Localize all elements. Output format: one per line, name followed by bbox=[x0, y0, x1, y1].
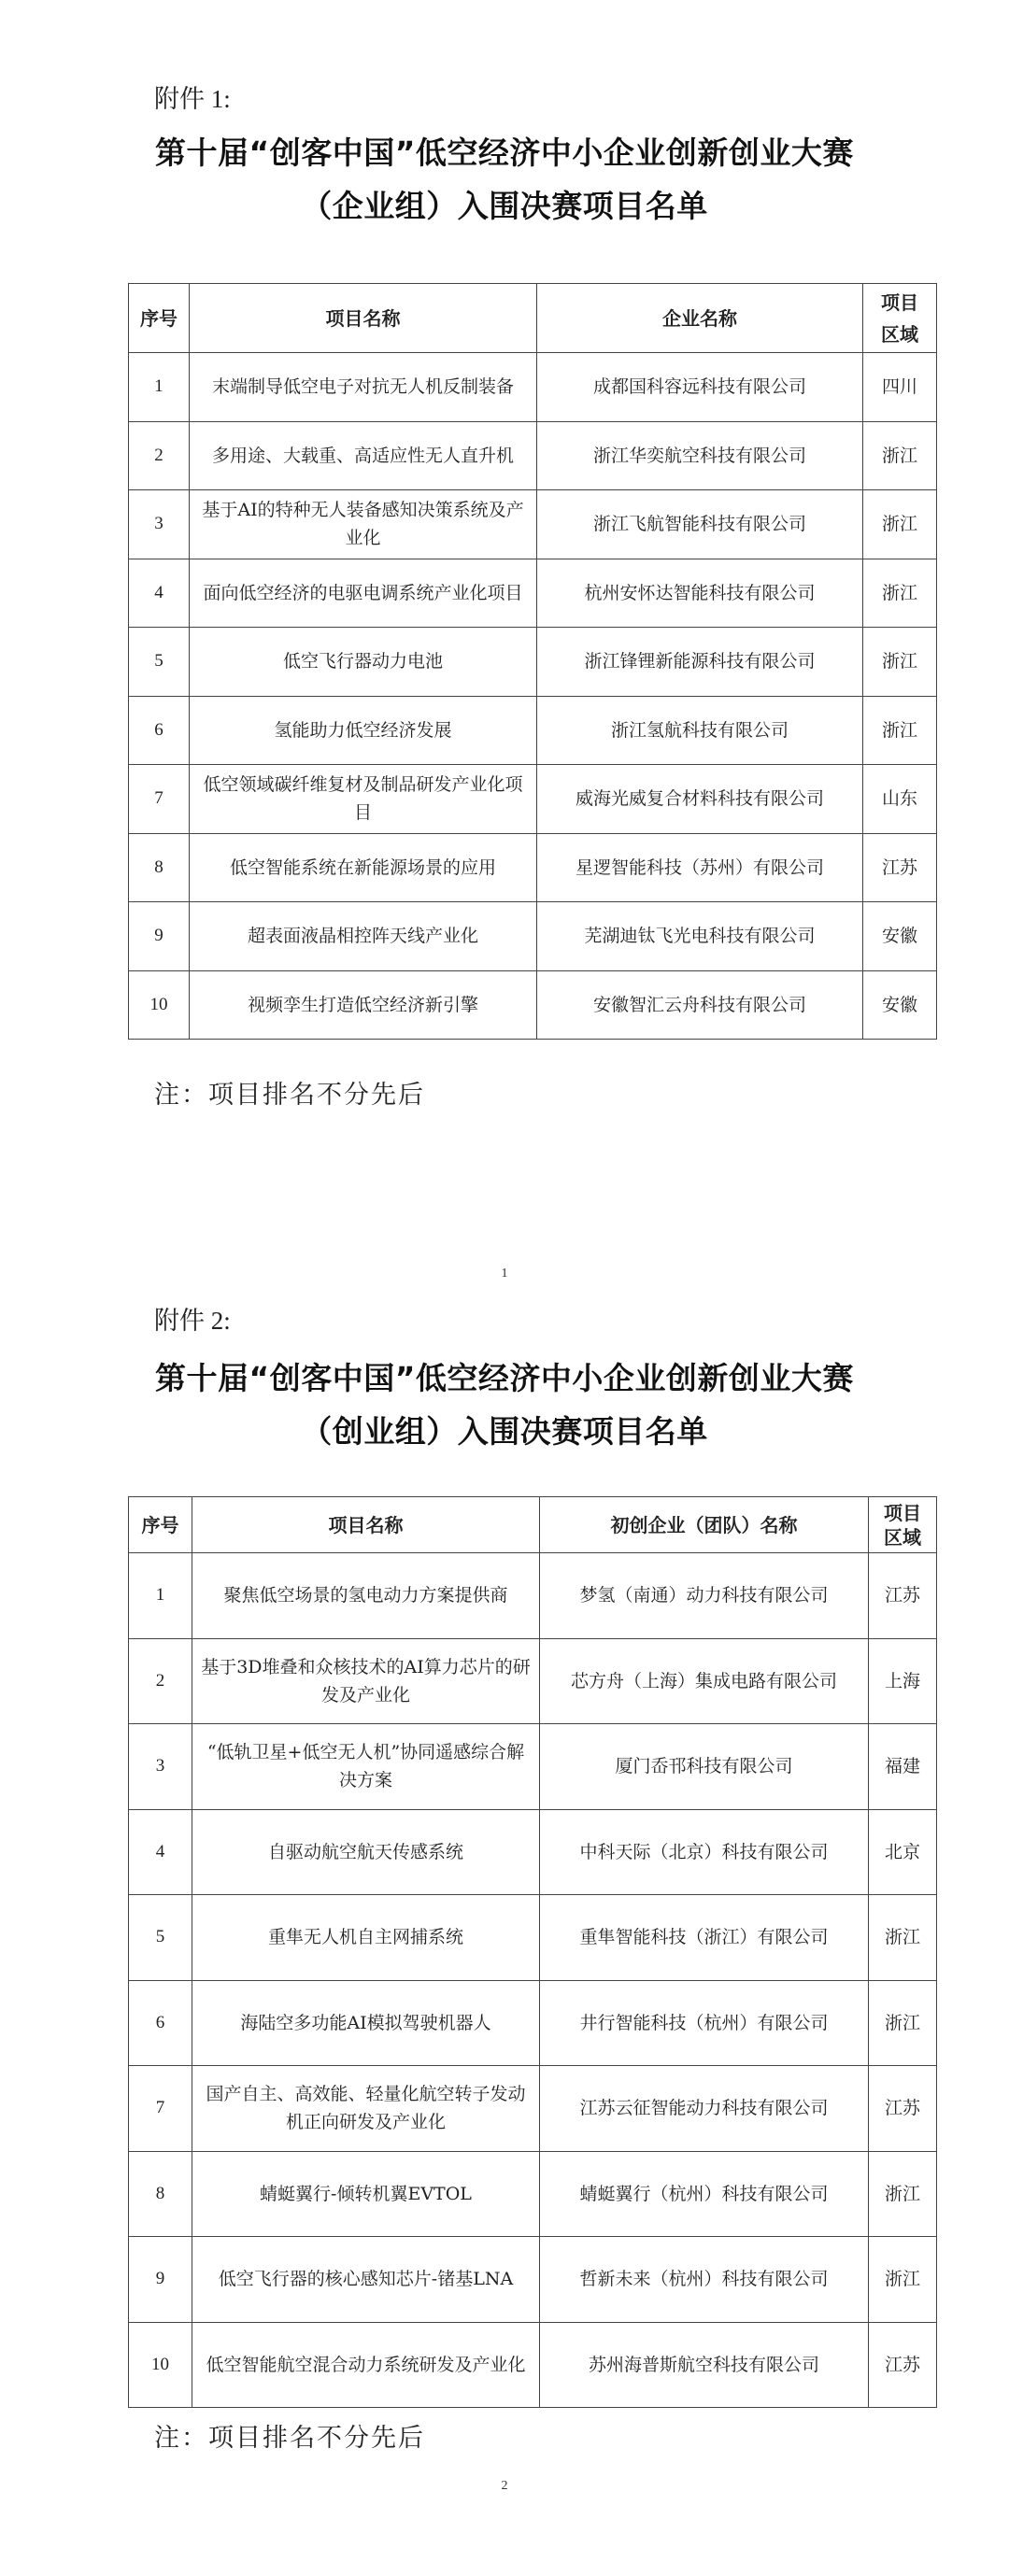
row-company: 威海光威复合材料科技有限公司 bbox=[537, 765, 863, 834]
row-company: 苏州海普斯航空科技有限公司 bbox=[540, 2322, 869, 2408]
row-project: 自驱动航空航天传感系统 bbox=[192, 1809, 540, 1895]
row-company: 成都国科容远科技有限公司 bbox=[537, 353, 863, 422]
row-project: 基于3D堆叠和众核技术的AI算力芯片的研发及产业化 bbox=[192, 1638, 540, 1724]
row-company: 安徽智汇云舟科技有限公司 bbox=[537, 970, 863, 1040]
table-row: 10视频孪生打造低空经济新引擎安徽智汇云舟科技有限公司安徽 bbox=[129, 970, 937, 1040]
row-no: 5 bbox=[129, 628, 190, 697]
row-project: 多用途、大载重、高适应性无人直升机 bbox=[190, 421, 537, 490]
table-row: 10低空智能航空混合动力系统研发及产业化苏州海普斯航空科技有限公司江苏 bbox=[129, 2322, 937, 2408]
table-row: 2基于3D堆叠和众核技术的AI算力芯片的研发及产业化芯方舟（上海）集成电路有限公… bbox=[129, 1638, 937, 1724]
table-header-row: 序号 项目名称 初创企业（团队）名称 项目区域 bbox=[129, 1497, 937, 1553]
row-no: 1 bbox=[129, 1553, 192, 1639]
row-region: 浙江 bbox=[863, 559, 937, 628]
table-row: 4自驱动航空航天传感系统中科天际（北京）科技有限公司北京 bbox=[129, 1809, 937, 1895]
row-no: 5 bbox=[129, 1895, 192, 1981]
row-project: 低空智能系统在新能源场景的应用 bbox=[190, 833, 537, 902]
row-region: 浙江 bbox=[863, 490, 937, 559]
row-company: 浙江飞航智能科技有限公司 bbox=[537, 490, 863, 559]
row-project: 视频孪生打造低空经济新引擎 bbox=[190, 970, 537, 1040]
row-no: 4 bbox=[129, 1809, 192, 1895]
header-company: 初创企业（团队）名称 bbox=[540, 1497, 869, 1553]
table-row: 6海陆空多功能AI模拟驾驶机器人井行智能科技（杭州）有限公司浙江 bbox=[129, 1980, 937, 2066]
row-region: 四川 bbox=[863, 353, 937, 422]
row-region: 江苏 bbox=[869, 2322, 937, 2408]
row-project: 氢能助力低空经济发展 bbox=[190, 696, 537, 765]
header-project: 项目名称 bbox=[190, 284, 537, 353]
table-row: 8蜻蜓翼行-倾转机翼EVTOL蜻蜓翼行（杭州）科技有限公司浙江 bbox=[129, 2151, 937, 2237]
row-company: 江苏云征智能动力科技有限公司 bbox=[540, 2066, 869, 2152]
row-company: 蜻蜓翼行（杭州）科技有限公司 bbox=[540, 2151, 869, 2237]
row-company: 梦氢（南通）动力科技有限公司 bbox=[540, 1553, 869, 1639]
table-row: 1末端制导低空电子对抗无人机反制装备成都国科容远科技有限公司四川 bbox=[129, 353, 937, 422]
table-row: 2多用途、大载重、高适应性无人直升机浙江华奕航空科技有限公司浙江 bbox=[129, 421, 937, 490]
row-company: 芜湖迪钛飞光电科技有限公司 bbox=[537, 902, 863, 971]
row-company: 重隼智能科技（浙江）有限公司 bbox=[540, 1895, 869, 1981]
row-no: 10 bbox=[129, 2322, 192, 2408]
row-no: 3 bbox=[129, 1724, 192, 1810]
table-header-row: 序号 项目名称 企业名称 项目区域 bbox=[129, 284, 937, 353]
table-row: 3基于AI的特种无人装备感知决策系统及产业化浙江飞航智能科技有限公司浙江 bbox=[129, 490, 937, 559]
row-project: 聚焦低空场景的氢电动力方案提供商 bbox=[192, 1553, 540, 1639]
table-row: 3“低轨卫星+低空无人机”协同遥感综合解决方案厦门岙邗科技有限公司福建 bbox=[129, 1724, 937, 1810]
row-no: 10 bbox=[129, 970, 190, 1040]
row-no: 2 bbox=[129, 421, 190, 490]
ranking-note: 注：项目排名不分先后 bbox=[154, 2417, 425, 2454]
row-project: 低空飞行器的核心感知芯片-锗基LNA bbox=[192, 2237, 540, 2323]
row-project: 海陆空多功能AI模拟驾驶机器人 bbox=[192, 1980, 540, 2066]
row-company: 浙江华奕航空科技有限公司 bbox=[537, 421, 863, 490]
finalist-table-enterprise: 序号 项目名称 企业名称 项目区域 1末端制导低空电子对抗无人机反制装备成都国科… bbox=[128, 283, 937, 1040]
row-region: 浙江 bbox=[863, 696, 937, 765]
row-project: 国产自主、高效能、轻量化航空转子发动机正向研发及产业化 bbox=[192, 2066, 540, 2152]
row-company: 浙江锋锂新能源科技有限公司 bbox=[537, 628, 863, 697]
row-region: 江苏 bbox=[863, 833, 937, 902]
row-project: 末端制导低空电子对抗无人机反制装备 bbox=[190, 353, 537, 422]
row-region: 北京 bbox=[869, 1809, 937, 1895]
table-row: 6氢能助力低空经济发展浙江氢航科技有限公司浙江 bbox=[129, 696, 937, 765]
page-title: 第十届“创客中国”低空经济中小企业创新创业大赛 bbox=[0, 129, 1009, 173]
row-region: 上海 bbox=[869, 1638, 937, 1724]
attachment-label: 附件 1: bbox=[154, 78, 231, 115]
row-company: 厦门岙邗科技有限公司 bbox=[540, 1724, 869, 1810]
row-region: 安徽 bbox=[863, 970, 937, 1040]
header-project: 项目名称 bbox=[192, 1497, 540, 1553]
table-row: 1聚焦低空场景的氢电动力方案提供商梦氢（南通）动力科技有限公司江苏 bbox=[129, 1553, 937, 1639]
row-project: “低轨卫星+低空无人机”协同遥感综合解决方案 bbox=[192, 1724, 540, 1810]
row-project: 低空智能航空混合动力系统研发及产业化 bbox=[192, 2322, 540, 2408]
header-region: 项目区域 bbox=[863, 284, 937, 353]
page-subtitle: （创业组）入围决赛项目名单 bbox=[0, 1408, 1009, 1451]
row-company: 杭州安怀达智能科技有限公司 bbox=[537, 559, 863, 628]
row-company: 芯方舟（上海）集成电路有限公司 bbox=[540, 1638, 869, 1724]
table-row: 5重隼无人机自主网捕系统重隼智能科技（浙江）有限公司浙江 bbox=[129, 1895, 937, 1981]
row-no: 4 bbox=[129, 559, 190, 628]
row-project: 低空飞行器动力电池 bbox=[190, 628, 537, 697]
row-no: 6 bbox=[129, 696, 190, 765]
row-company: 中科天际（北京）科技有限公司 bbox=[540, 1809, 869, 1895]
row-company: 井行智能科技（杭州）有限公司 bbox=[540, 1980, 869, 2066]
row-region: 安徽 bbox=[863, 902, 937, 971]
table-row: 7低空领域碳纤维复材及制品研发产业化项目威海光威复合材料科技有限公司山东 bbox=[129, 765, 937, 834]
row-region: 江苏 bbox=[869, 2066, 937, 2152]
row-no: 7 bbox=[129, 2066, 192, 2152]
row-region: 山东 bbox=[863, 765, 937, 834]
row-no: 7 bbox=[129, 765, 190, 834]
table-row: 9超表面液晶相控阵天线产业化芜湖迪钛飞光电科技有限公司安徽 bbox=[129, 902, 937, 971]
header-no: 序号 bbox=[129, 1497, 192, 1553]
row-project: 超表面液晶相控阵天线产业化 bbox=[190, 902, 537, 971]
page-number: 2 bbox=[0, 2479, 1009, 2494]
row-region: 福建 bbox=[869, 1724, 937, 1810]
row-no: 3 bbox=[129, 490, 190, 559]
table-row: 7国产自主、高效能、轻量化航空转子发动机正向研发及产业化江苏云征智能动力科技有限… bbox=[129, 2066, 937, 2152]
table-row: 9低空飞行器的核心感知芯片-锗基LNA哲新未来（杭州）科技有限公司浙江 bbox=[129, 2237, 937, 2323]
row-no: 1 bbox=[129, 353, 190, 422]
header-region: 项目区域 bbox=[869, 1497, 937, 1553]
row-no: 8 bbox=[129, 833, 190, 902]
attachment-label: 附件 2: bbox=[154, 1300, 231, 1337]
table-row: 5低空飞行器动力电池浙江锋锂新能源科技有限公司浙江 bbox=[129, 628, 937, 697]
row-region: 浙江 bbox=[863, 421, 937, 490]
row-region: 浙江 bbox=[869, 1980, 937, 2066]
row-no: 6 bbox=[129, 1980, 192, 2066]
ranking-note: 注：项目排名不分先后 bbox=[154, 1074, 425, 1111]
finalist-table-startup: 序号 项目名称 初创企业（团队）名称 项目区域 1聚焦低空场景的氢电动力方案提供… bbox=[128, 1496, 937, 2408]
table-row: 8低空智能系统在新能源场景的应用星逻智能科技（苏州）有限公司江苏 bbox=[129, 833, 937, 902]
page-title: 第十届“创客中国”低空经济中小企业创新创业大赛 bbox=[0, 1354, 1009, 1398]
row-project: 重隼无人机自主网捕系统 bbox=[192, 1895, 540, 1981]
row-no: 9 bbox=[129, 902, 190, 971]
row-company: 浙江氢航科技有限公司 bbox=[537, 696, 863, 765]
row-project: 面向低空经济的电驱电调系统产业化项目 bbox=[190, 559, 537, 628]
row-region: 浙江 bbox=[869, 2237, 937, 2323]
header-no: 序号 bbox=[129, 284, 190, 353]
row-region: 浙江 bbox=[869, 1895, 937, 1981]
page-subtitle: （企业组）入围决赛项目名单 bbox=[0, 182, 1009, 226]
row-region: 江苏 bbox=[869, 1553, 937, 1639]
row-project: 蜻蜓翼行-倾转机翼EVTOL bbox=[192, 2151, 540, 2237]
row-no: 9 bbox=[129, 2237, 192, 2323]
row-no: 8 bbox=[129, 2151, 192, 2237]
row-region: 浙江 bbox=[869, 2151, 937, 2237]
page-number: 1 bbox=[0, 1267, 1009, 1281]
row-company: 星逻智能科技（苏州）有限公司 bbox=[537, 833, 863, 902]
row-project: 低空领域碳纤维复材及制品研发产业化项目 bbox=[190, 765, 537, 834]
row-project: 基于AI的特种无人装备感知决策系统及产业化 bbox=[190, 490, 537, 559]
row-region: 浙江 bbox=[863, 628, 937, 697]
row-company: 哲新未来（杭州）科技有限公司 bbox=[540, 2237, 869, 2323]
table-row: 4面向低空经济的电驱电调系统产业化项目杭州安怀达智能科技有限公司浙江 bbox=[129, 559, 937, 628]
header-company: 企业名称 bbox=[537, 284, 863, 353]
row-no: 2 bbox=[129, 1638, 192, 1724]
